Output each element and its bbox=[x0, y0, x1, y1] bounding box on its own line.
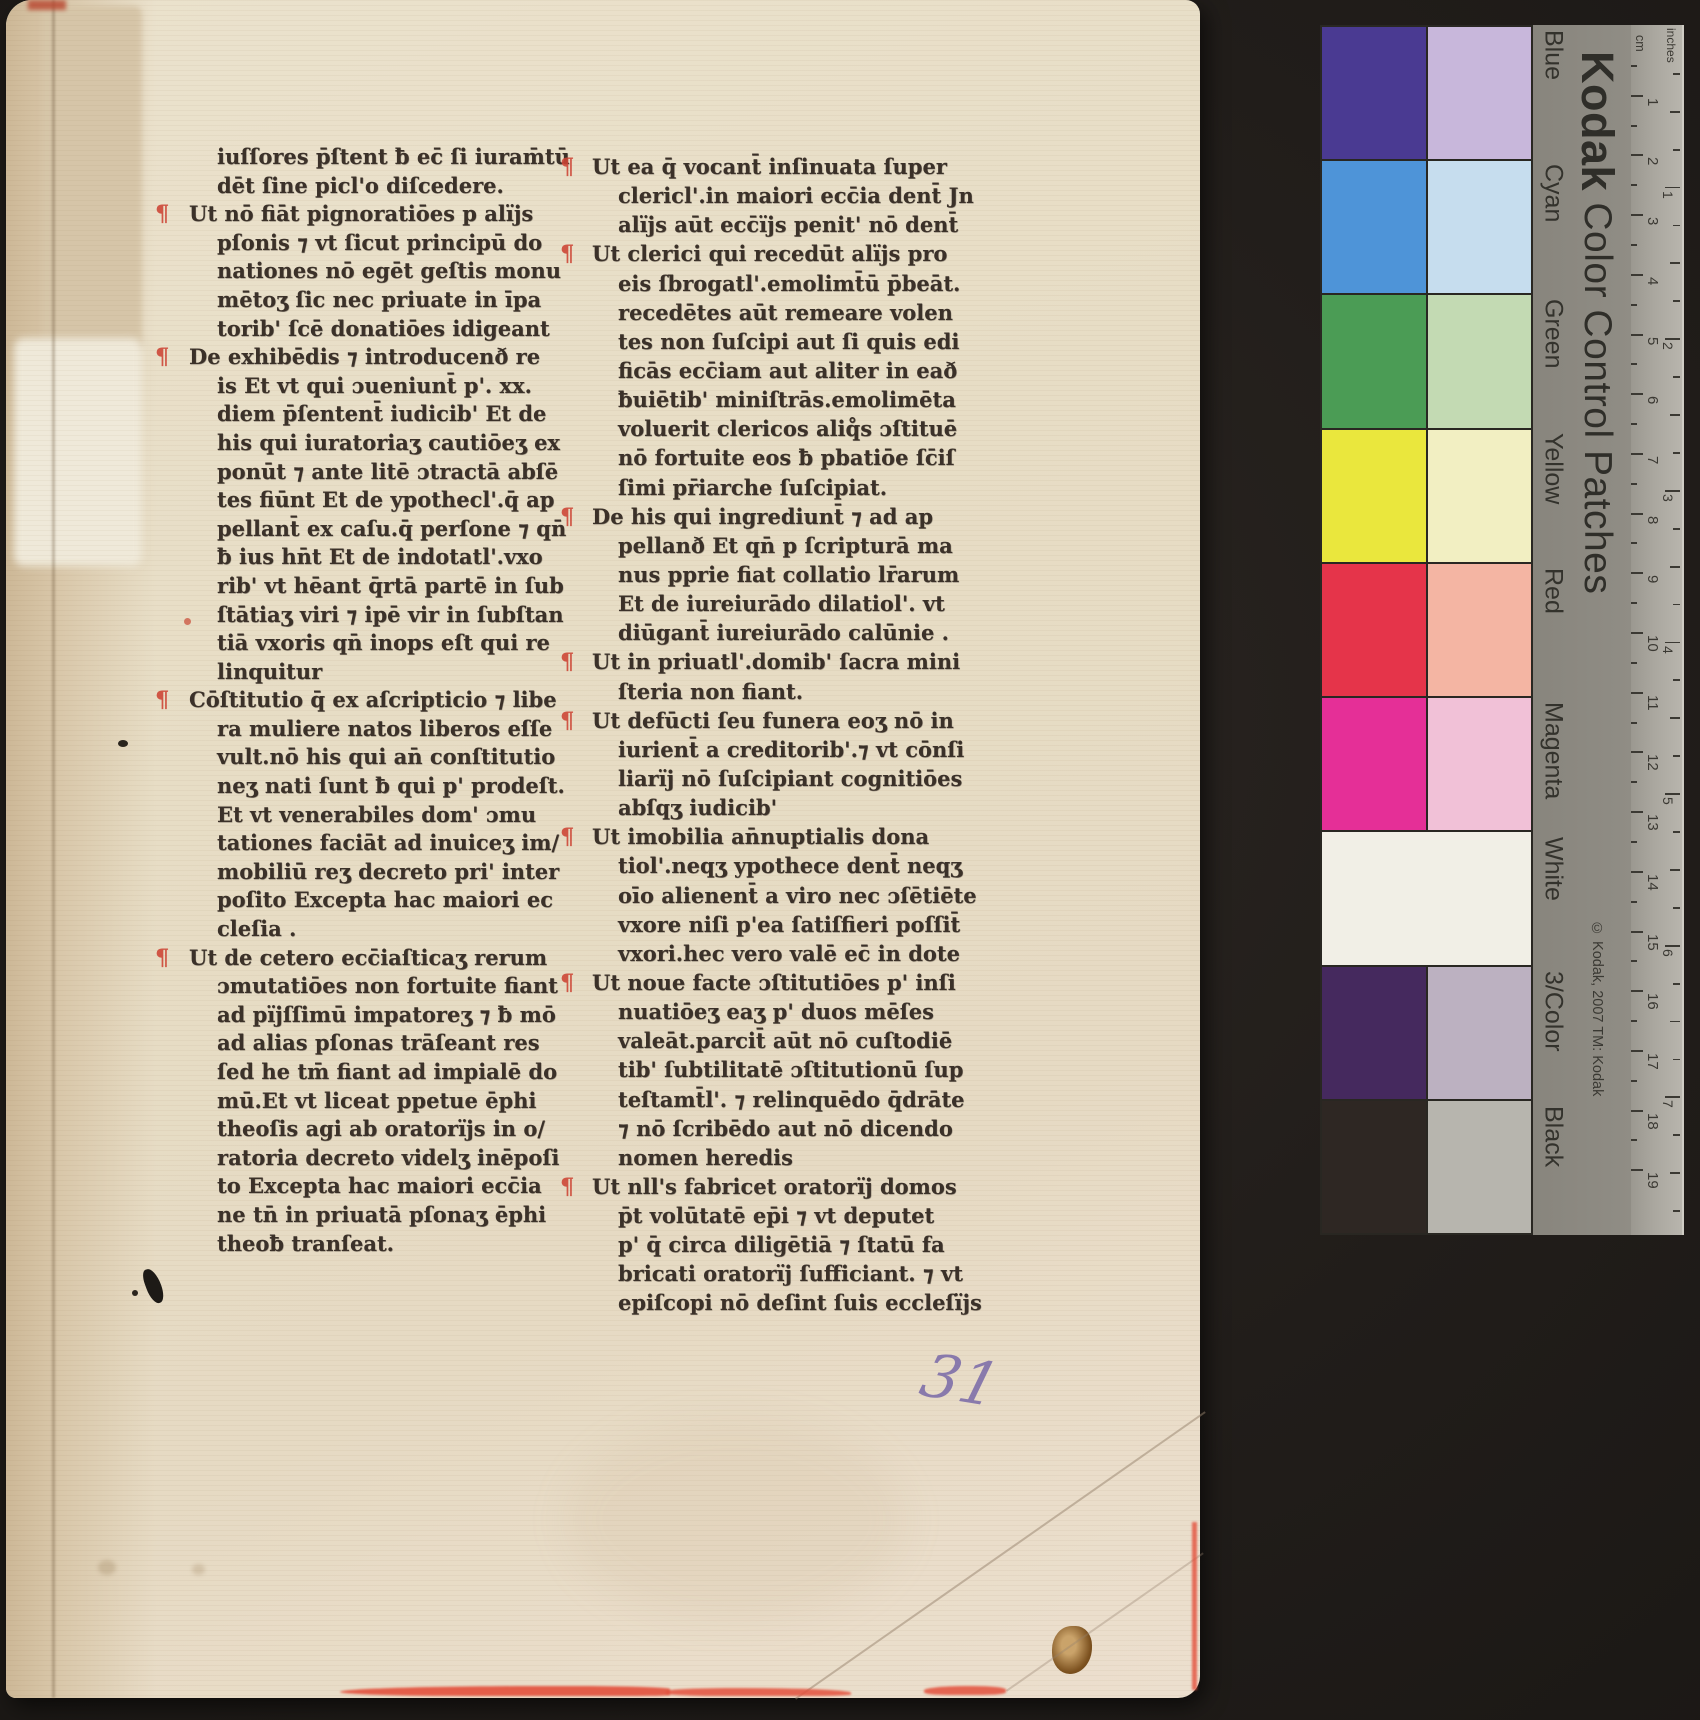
ruler-number: 13 bbox=[1644, 814, 1661, 831]
ruler-tick bbox=[1665, 338, 1680, 340]
patch-yellow-dark bbox=[1322, 430, 1426, 562]
paragraph: ¶Ut noue facte ɔſtitutiōes p' inſinuatiō… bbox=[560, 968, 982, 1172]
text-line: abſqʒ iudicib' bbox=[560, 793, 982, 822]
book-page: iuſſores p̄ſtent ƀ ec̄ ſi iuram̄tūdēt ſi… bbox=[6, 0, 1200, 1698]
patch-green-dark bbox=[1322, 295, 1426, 427]
ruler-number: 5 bbox=[1660, 797, 1676, 805]
ruler-tick bbox=[1673, 528, 1680, 530]
water-stain bbox=[566, 1420, 906, 1620]
paragraph: ¶Ut in priuatl'.domib' ſacra miniſteria … bbox=[560, 647, 982, 705]
text-line: tiol'.neqʒ ypothece dent̄ neqʒ bbox=[560, 851, 982, 880]
text-line: iurient̄ a creditorib'.⁊ vt cōnſi bbox=[560, 735, 982, 764]
rubric-mark: ¶ bbox=[560, 240, 592, 269]
red-edge-stain bbox=[666, 1688, 851, 1696]
text-line: ſtātiaʒ viri ⁊ ipē vir in ſubſtan bbox=[155, 601, 570, 630]
ruler-number: 4 bbox=[1644, 277, 1661, 285]
text-line: teſtamt̄l'. ⁊ relinquēdo q̄drāte bbox=[560, 1085, 982, 1114]
patch-yellow-light bbox=[1428, 430, 1532, 562]
text-line: ⁊ nō ſcribēdo aut nō dicendo bbox=[560, 1114, 982, 1143]
rubric-mark: ¶ bbox=[560, 707, 592, 736]
patch-label: Yellow bbox=[1536, 433, 1570, 557]
ruler-tick bbox=[1673, 225, 1680, 227]
patch-3-color-dark bbox=[1322, 967, 1426, 1099]
text-line: ¶Ut in priuatl'.domib' ſacra mini bbox=[560, 647, 982, 676]
ruler-tick bbox=[1631, 871, 1643, 873]
text-line: ¶De his qui ingrediunt̄ ⁊ ad ap bbox=[560, 502, 982, 531]
text-line: ra muliere natos liberos eſſe bbox=[155, 715, 570, 744]
text-line: pellanð Et qn̄ p ſcripturā ma bbox=[560, 531, 982, 560]
ruler-number: 10 bbox=[1644, 635, 1661, 652]
paragraph: ¶Ut nll's fabricet oratorïj domosp̄t vol… bbox=[560, 1172, 982, 1318]
text-line: nus pprie fiat collatio lr̄arum bbox=[560, 560, 982, 589]
red-edge-stain bbox=[1192, 1522, 1197, 1690]
text-line: ¶Ut nll's fabricet oratorïj domos bbox=[560, 1172, 982, 1201]
ruler-tick bbox=[1673, 1134, 1680, 1136]
ruler-tick bbox=[1670, 414, 1680, 416]
text-line: to Excepta hac maiori ecc̄ia bbox=[155, 1172, 570, 1201]
ruler-tick bbox=[1631, 662, 1637, 664]
text-line: is Et vt qui ɔueniunt̄ p'. xx. bbox=[155, 372, 570, 401]
ruler-number: 15 bbox=[1644, 934, 1661, 951]
crease-line bbox=[1006, 1552, 1203, 1691]
text-line: ¶Ut noue facte ɔſtitutiōes p' inſi bbox=[560, 968, 982, 997]
paragraph: ¶Ut imobilia an̄nuptialis donatiol'.neqʒ… bbox=[560, 822, 982, 968]
text-line: iuſſores p̄ſtent ƀ ec̄ ſi iuram̄tū bbox=[155, 143, 570, 172]
red-edge-stain bbox=[924, 1686, 1006, 1695]
rubric-mark: ¶ bbox=[560, 648, 592, 677]
ruler-tick bbox=[1631, 1139, 1637, 1141]
rubric-mark: ¶ bbox=[155, 200, 189, 229]
kodak-label-strip: BlueCyanGreenYellowRedMagentaWhite3/Colo… bbox=[1533, 25, 1631, 1235]
patch-red-light bbox=[1428, 564, 1532, 696]
ruler-tick bbox=[1670, 566, 1680, 568]
patch-magenta-light bbox=[1428, 698, 1532, 830]
ruler-tick bbox=[1631, 960, 1637, 962]
ruler-tick bbox=[1631, 542, 1637, 544]
patch-magenta-dark bbox=[1322, 698, 1426, 830]
patch-3-color-light bbox=[1428, 967, 1532, 1099]
ruler-tick bbox=[1665, 793, 1680, 795]
text-line: eis ſbrogatl'.emolimt̄ū p̄beāt. bbox=[560, 269, 982, 298]
photo-stage: iuſſores p̄ſtent ƀ ec̄ ſi iuram̄tūdēt ſi… bbox=[0, 0, 1700, 1720]
text-line: tib' ſubtilitatē ɔſtitutionū ſup bbox=[560, 1055, 982, 1084]
ruler-tick bbox=[1673, 149, 1680, 151]
patch-label: White bbox=[1536, 837, 1570, 961]
text-line: p' q̄ circa diligētiā ⁊ ſtatū fa bbox=[560, 1230, 982, 1259]
text-line: p̄t volūtatē ep̄i ⁊ vt deputet bbox=[560, 1201, 982, 1230]
ruler-number: 19 bbox=[1644, 1172, 1661, 1189]
text-line: ad pïjſſimū impatoreʒ ⁊ ƀ mō bbox=[155, 1001, 570, 1030]
text-line: valeāt.parcit̄ aūt nō cuſtodiē bbox=[560, 1026, 982, 1055]
text-line: tiā vxoris qn̄ inops eſt qui re bbox=[155, 629, 570, 658]
ruler-number: 3 bbox=[1644, 217, 1661, 225]
text-line: dēt ſine picl'o diſcedere. bbox=[155, 172, 570, 201]
patch-label: Black bbox=[1536, 1106, 1570, 1230]
text-line: ƀuiētib' miniſtrās.emolimēta bbox=[560, 385, 982, 414]
text-line: ſteria non fiant. bbox=[560, 677, 982, 706]
ruler-number: 6 bbox=[1644, 396, 1661, 404]
paragraph: ¶De his qui ingrediunt̄ ⁊ ad appellanð E… bbox=[560, 502, 982, 648]
ruler-tick bbox=[1673, 73, 1680, 75]
text-column-right: ¶Ut ea q̄ vocant̄ inſinuata ſuperclericl… bbox=[560, 152, 982, 1318]
text-line: ad alias pſonas trāſeant res bbox=[155, 1029, 570, 1058]
patch-red-dark bbox=[1322, 564, 1426, 696]
patch-grid bbox=[1320, 25, 1533, 1235]
patch-label: Red bbox=[1536, 568, 1570, 692]
text-line: nationes nō egēt geſtis monu bbox=[155, 257, 570, 286]
ruler-inches-label: inches bbox=[1664, 28, 1678, 63]
ruler-tick bbox=[1665, 1096, 1680, 1098]
ruler-tick bbox=[1631, 841, 1637, 843]
ruler-tick bbox=[1670, 1021, 1680, 1023]
text-line: epiſcopi nō deſint ſuis eccleſïjs bbox=[560, 1288, 982, 1317]
patch-label: Magenta bbox=[1536, 702, 1570, 826]
brown-stain bbox=[1052, 1626, 1092, 1674]
ruler-tick bbox=[1673, 983, 1680, 985]
patch-cyan-light bbox=[1428, 161, 1532, 293]
faint-stain bbox=[192, 1564, 205, 1575]
ruler-tick bbox=[1673, 755, 1680, 757]
ruler-tick bbox=[1673, 679, 1680, 681]
ruler-number: 2 bbox=[1660, 342, 1676, 350]
text-line: bricati oratorïj ſufficiant. ⁊ vt bbox=[560, 1259, 982, 1288]
ruler-number: 5 bbox=[1644, 337, 1661, 345]
rubric-mark: ¶ bbox=[560, 969, 592, 998]
text-line: vxori.hec vero valē ec̄ in dote bbox=[560, 939, 982, 968]
text-line: nuatiōeʒ eaʒ p' duos mēſes bbox=[560, 997, 982, 1026]
text-line: nomen heredis bbox=[560, 1143, 982, 1172]
ruler-number: 9 bbox=[1644, 575, 1661, 583]
ruler-tick bbox=[1631, 274, 1643, 276]
text-line: Et vt venerabiles dom' ɔmu bbox=[155, 801, 570, 830]
ruler-tick bbox=[1631, 334, 1643, 336]
ruler-number: 2 bbox=[1644, 157, 1661, 165]
patch-blue-dark bbox=[1322, 27, 1426, 159]
ruler-cm-label: cm bbox=[1633, 35, 1647, 52]
text-line: ¶De exhibēdis ⁊ introducenð re bbox=[155, 343, 570, 372]
ruler-number: 6 bbox=[1660, 949, 1676, 957]
text-line: ſimi pr̄iarche ſuſcipiat. bbox=[560, 473, 982, 502]
ruler-tick bbox=[1631, 1169, 1643, 1171]
rubric-mark: ¶ bbox=[155, 944, 189, 973]
ruler-tick bbox=[1631, 304, 1637, 306]
ruler-tick bbox=[1631, 393, 1643, 395]
text-line: ɔmutatiōes non fortuite fiant bbox=[155, 972, 570, 1001]
ruler-tick bbox=[1631, 244, 1637, 246]
text-line: ponūt ⁊ ante litē ɔtractā abſē bbox=[155, 458, 570, 487]
ruler-tick bbox=[1631, 1080, 1637, 1082]
text-line: nō fortuite eos ƀ pbatiōe ſc̄iſ bbox=[560, 443, 982, 472]
ruler-tick bbox=[1631, 154, 1643, 156]
paper-light-patch bbox=[14, 338, 142, 566]
paragraph: ¶Ut nō fiāt pignoratiōes p alïjspſonis ⁊… bbox=[155, 200, 570, 343]
paragraph: ¶Ut clerici qui recedūt alïjs proeis ſbr… bbox=[560, 239, 982, 501]
patch-label: Cyan bbox=[1536, 164, 1570, 288]
text-line: ¶Cōſtitutio q̄ ex aſcripticio ⁊ libe bbox=[155, 686, 570, 715]
paragraph: ¶Ut ea q̄ vocant̄ inſinuata ſuperclericl… bbox=[560, 152, 982, 239]
kodak-ruler: cm inches 123456789101112131415161718191… bbox=[1631, 25, 1684, 1235]
rubric-mark: ¶ bbox=[560, 153, 592, 182]
ruler-tick bbox=[1631, 125, 1637, 127]
ruler-tick bbox=[1631, 1110, 1643, 1112]
text-line: linquitur bbox=[155, 658, 570, 687]
text-line: clericl'.in maiori ecc̄ia dent̄ Jn bbox=[560, 181, 982, 210]
ruler-tick bbox=[1631, 572, 1643, 574]
text-line: ſed he tm̄ fiant ad impialē do bbox=[155, 1058, 570, 1087]
paragraph: ¶Ut defūcti ſeu funera eoʒ nō iniurient̄… bbox=[560, 706, 982, 823]
text-line: pellant̄ ex caſu.q̄ perſone ⁊ qn̄ bbox=[155, 515, 570, 544]
ruler-tick bbox=[1631, 751, 1643, 753]
text-line: pſonis ⁊ vt ſicut principū do bbox=[155, 229, 570, 258]
ruler-tick bbox=[1631, 931, 1643, 933]
text-line: neʒ nati ſunt ƀ qui p' prodeſt. bbox=[155, 772, 570, 801]
text-line: theoſis agi ab oratorïjs in o/ bbox=[155, 1115, 570, 1144]
text-line: diūgant̄ iureiurādo calūnie . bbox=[560, 618, 982, 647]
ruler-number: 3 bbox=[1660, 494, 1676, 502]
text-line: his qui iuratoriaʒ cautiōeʒ ex bbox=[155, 429, 570, 458]
ruler-number: 8 bbox=[1644, 516, 1661, 524]
ruler-tick bbox=[1631, 483, 1637, 485]
text-line: ¶Ut imobilia an̄nuptialis dona bbox=[560, 822, 982, 851]
paper-repair-patch bbox=[42, 6, 142, 351]
ruler-number: 12 bbox=[1644, 754, 1661, 771]
text-line: ¶Ut ea q̄ vocant̄ inſinuata ſuper bbox=[560, 152, 982, 181]
red-edge-stain bbox=[340, 1686, 670, 1696]
ruler-tick bbox=[1670, 111, 1680, 113]
ruler-tick bbox=[1670, 262, 1680, 264]
rubric-mark: ¶ bbox=[155, 686, 189, 715]
paragraph: ¶Ut de cetero ecc̄iaſticaʒ rerumɔmutatiō… bbox=[155, 944, 570, 1259]
text-line: tes non ſuſcipi aut ſi quis edi bbox=[560, 327, 982, 356]
patch-white bbox=[1322, 832, 1531, 964]
ruler-tick bbox=[1673, 300, 1680, 302]
ruler-tick bbox=[1665, 490, 1680, 492]
text-line: ¶Ut clerici qui recedūt alïjs pro bbox=[560, 239, 982, 268]
kodak-title: Kodak Color Control Patches bbox=[1571, 51, 1623, 594]
rubric-mark: ¶ bbox=[560, 1173, 592, 1202]
rubric-mark: ¶ bbox=[155, 343, 189, 372]
ruler-tick bbox=[1631, 453, 1643, 455]
text-line: mū.Et vt liceat ppetue ēphi bbox=[155, 1087, 570, 1116]
patch-black-dark bbox=[1322, 1101, 1426, 1233]
ruler-tick bbox=[1631, 1020, 1637, 1022]
ruler-tick bbox=[1673, 376, 1680, 378]
ruler-tick bbox=[1631, 990, 1643, 992]
ruler-tick bbox=[1665, 642, 1680, 644]
ruler-tick bbox=[1670, 869, 1680, 871]
ruler-tick bbox=[1631, 95, 1643, 97]
kodak-copyright: © Kodak, 2007 TM: Kodak bbox=[1589, 921, 1605, 1096]
patch-black-light bbox=[1428, 1101, 1532, 1233]
gutter-crease bbox=[52, 0, 55, 1698]
kodak-brand: Kodak bbox=[1572, 51, 1623, 191]
text-line: poſito Excepta hac maiori ec bbox=[155, 886, 570, 915]
ruler-number: 4 bbox=[1660, 646, 1676, 654]
ruler-tick bbox=[1631, 781, 1637, 783]
paragraph: iuſſores p̄ſtent ƀ ec̄ ſi iuram̄tūdēt ſi… bbox=[155, 143, 570, 200]
text-line: tes fiūnt Et de ypothecl'.q̄ ap bbox=[155, 486, 570, 515]
rubric-mark: ¶ bbox=[560, 503, 592, 532]
crease-line bbox=[795, 1411, 1206, 1699]
ruler-tick bbox=[1631, 722, 1637, 724]
text-line: torib' ſcē donatiōes idigeant bbox=[155, 315, 570, 344]
text-line: cleſia . bbox=[155, 915, 570, 944]
ruler-number: 7 bbox=[1644, 456, 1661, 464]
kodak-title-rest: Color Control Patches bbox=[1576, 191, 1619, 594]
text-line: oīo alienent̄ a viro nec ɔſētiēte bbox=[560, 881, 982, 910]
text-column-left: iuſſores p̄ſtent ƀ ec̄ ſi iuram̄tūdēt ſi… bbox=[155, 143, 570, 1258]
text-line: mētoʒ ſic nec priuate in īpa bbox=[155, 286, 570, 315]
ruler-tick bbox=[1670, 717, 1680, 719]
handwritten-number: 31 bbox=[913, 1341, 1007, 1421]
ruler-tick bbox=[1631, 1050, 1643, 1052]
ruler-tick bbox=[1665, 945, 1680, 947]
ruler-tick bbox=[1673, 831, 1680, 833]
text-line: rib' vt hēant q̄rtā partē in ſub bbox=[155, 572, 570, 601]
ruler-tick bbox=[1673, 452, 1680, 454]
ruler-tick bbox=[1631, 602, 1637, 604]
ruler-number: 18 bbox=[1644, 1113, 1661, 1130]
text-line: Et de iureiurādo dilatiol'. vt bbox=[560, 589, 982, 618]
patch-label: 3/Color bbox=[1536, 971, 1570, 1095]
ruler-tick bbox=[1631, 513, 1643, 515]
text-line: vult.nō his qui an̄ conſtitutio bbox=[155, 743, 570, 772]
ruler-number: 11 bbox=[1644, 695, 1661, 711]
patch-label: Green bbox=[1536, 299, 1570, 423]
text-line: ƀ ius hn̄t Et de indotatl'.vxo bbox=[155, 543, 570, 572]
text-line: mobiliū reʒ decreto pri' inter bbox=[155, 858, 570, 887]
patch-label: Blue bbox=[1536, 30, 1570, 154]
patch-blue-light bbox=[1428, 27, 1532, 159]
rubric-mark: ¶ bbox=[560, 823, 592, 852]
ruler-number: 17 bbox=[1644, 1053, 1661, 1070]
ruler-tick bbox=[1631, 901, 1637, 903]
text-line: voluerit clericos aliq̊s ɔſtituē bbox=[560, 414, 982, 443]
text-line: ficās ecc̄iam aut aliter in eað bbox=[560, 356, 982, 385]
text-line: recedētes aūt remeare volen bbox=[560, 298, 982, 327]
text-line: ne tn̄ in priuatā pſonaʒ ēphi bbox=[155, 1201, 570, 1230]
ruler-number: 7 bbox=[1660, 1100, 1676, 1108]
ruler-tick bbox=[1631, 423, 1637, 425]
ruler-number: 14 bbox=[1644, 874, 1661, 891]
ruler-tick bbox=[1670, 1172, 1680, 1174]
patch-green-light bbox=[1428, 295, 1532, 427]
text-line: ¶Ut defūcti ſeu funera eoʒ nō in bbox=[560, 706, 982, 735]
ruler-tick bbox=[1631, 214, 1643, 216]
text-line: alïjs aūt ecc̄ïjs penit' nō dent̄ bbox=[560, 210, 982, 239]
text-line: theoƀ tranſeat. bbox=[155, 1230, 570, 1259]
ruler-tick bbox=[1631, 632, 1643, 634]
text-line: ¶Ut de cetero ecc̄iaſticaʒ rerum bbox=[155, 944, 570, 973]
text-line: diem p̄ſentent̄ iudicib' Et de bbox=[155, 400, 570, 429]
paragraph: ¶De exhibēdis ⁊ introducenð reis Et vt q… bbox=[155, 343, 570, 686]
ruler-tick bbox=[1631, 184, 1637, 186]
patch-cyan-dark bbox=[1322, 161, 1426, 293]
text-line: liarïj nō ſuſcipiant cognitiōes bbox=[560, 764, 982, 793]
text-line: ratoria decreto videlʒ inēpoſi bbox=[155, 1144, 570, 1173]
ruler-tick bbox=[1673, 1059, 1680, 1061]
text-line: ¶Ut nō fiāt pignoratiōes p alïjs bbox=[155, 200, 570, 229]
ruler-tick bbox=[1673, 604, 1680, 606]
kodak-color-bar: BlueCyanGreenYellowRedMagentaWhite3/Colo… bbox=[1320, 25, 1684, 1235]
ruler-number: 1 bbox=[1644, 98, 1661, 106]
text-line: tationes faciāt ad inuiceʒ im/ bbox=[155, 829, 570, 858]
ruler-tick bbox=[1631, 363, 1637, 365]
ruler-tick bbox=[1631, 65, 1637, 67]
ruler-tick bbox=[1631, 811, 1643, 813]
ruler-tick bbox=[1631, 692, 1643, 694]
text-line: vxore niſi p'ea ſatiſfieri poſſit̄ bbox=[560, 910, 982, 939]
ruler-tick bbox=[1673, 907, 1680, 909]
paragraph: ¶Cōſtitutio q̄ ex aſcripticio ⁊ libera m… bbox=[155, 686, 570, 943]
ruler-tick bbox=[1673, 1210, 1680, 1212]
ruler-number: 1 bbox=[1660, 191, 1676, 199]
ruler-number: 16 bbox=[1644, 993, 1661, 1010]
ruler-tick bbox=[1665, 187, 1680, 189]
